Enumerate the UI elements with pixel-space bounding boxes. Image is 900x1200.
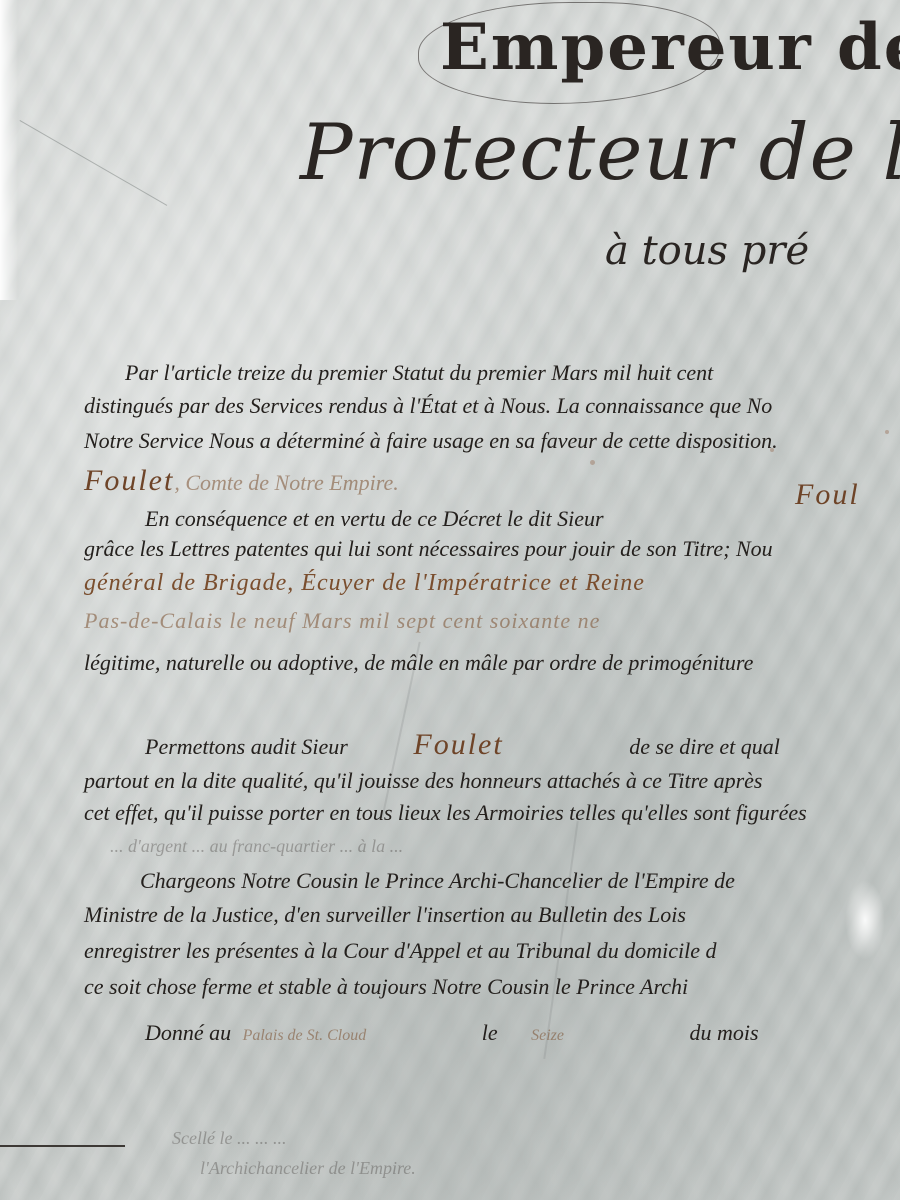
header-title-protecteur: Protecteur de la [300,108,900,198]
header-title-a-tous: à tous pré [605,228,809,274]
handwritten-name: Foulet [84,464,174,497]
handwritten-birth-line: Pas-de-Calais le neuf Mars mil sept cent… [84,608,600,634]
printed-text: Donné au [145,1020,231,1045]
photo-glare [845,880,885,960]
handwritten-rank-line: général de Brigade, Écuyer de l'Impératr… [84,570,645,597]
printed-text: de se dire et qual [629,734,780,759]
handwritten-name: Foulet [413,728,503,761]
handwritten-day: Seize [531,1027,564,1044]
printed-text: du mois [689,1020,758,1045]
footer-seal-line: Scellé le ... ... ... [172,1128,286,1149]
signature-rule [0,1145,125,1147]
body-line-18: Donné au Palais de St. Cloud le Seize du… [145,1020,759,1046]
body-line-9: légitime, naturelle ou adoptive, de mâle… [84,650,753,676]
ink-stain [590,460,595,465]
body-line-6: grâce les Lettres patentes qui lui sont … [84,536,773,562]
printed-text: le [482,1020,498,1045]
photo-glare [0,0,18,300]
body-line-4: Foulet, Comte de Notre Empire. [84,464,399,498]
body-line-2: distingués par des Services rendus à l'É… [84,393,772,419]
handwritten-title: , Comte de Notre Empire. [174,470,398,495]
header-title-empereur: Empereur des [440,10,900,85]
body-line-5: En conséquence et en vertu de ce Décret … [145,506,604,532]
handwritten-place: Palais de St. Cloud [243,1027,367,1044]
handwritten-name-right: Foul [795,478,860,512]
body-line-12: cet effet, qu'il puisse porter en tous l… [84,800,807,826]
body-line-11: partout en la dite qualité, qu'il jouiss… [84,768,763,794]
paper-fold-line [20,120,168,206]
body-line-1: Par l'article treize du premier Statut d… [125,360,713,386]
body-line-14: Chargeons Notre Cousin le Prince Archi-C… [140,868,735,894]
ink-stain [770,448,774,452]
body-line-10: Permettons audit Sieur Foulet de se dire… [145,728,780,762]
body-line-3: Notre Service Nous a déterminé à faire u… [84,428,778,454]
body-line-17: ce soit chose ferme et stable à toujours… [84,974,688,1000]
body-line-16: enregistrer les présentes à la Cour d'Ap… [84,938,716,964]
body-line-15: Ministre de la Justice, d'en surveiller … [84,902,686,928]
printed-text: Permettons audit Sieur [145,734,348,759]
handwritten-arms-description: ... d'argent ... au franc-quartier ... à… [110,836,403,857]
document-page: Empereur des Protecteur de la à tous pré… [0,0,900,1200]
ink-stain [885,430,889,434]
footer-archichancelier-line: l'Archichancelier de l'Empire. [200,1158,416,1179]
